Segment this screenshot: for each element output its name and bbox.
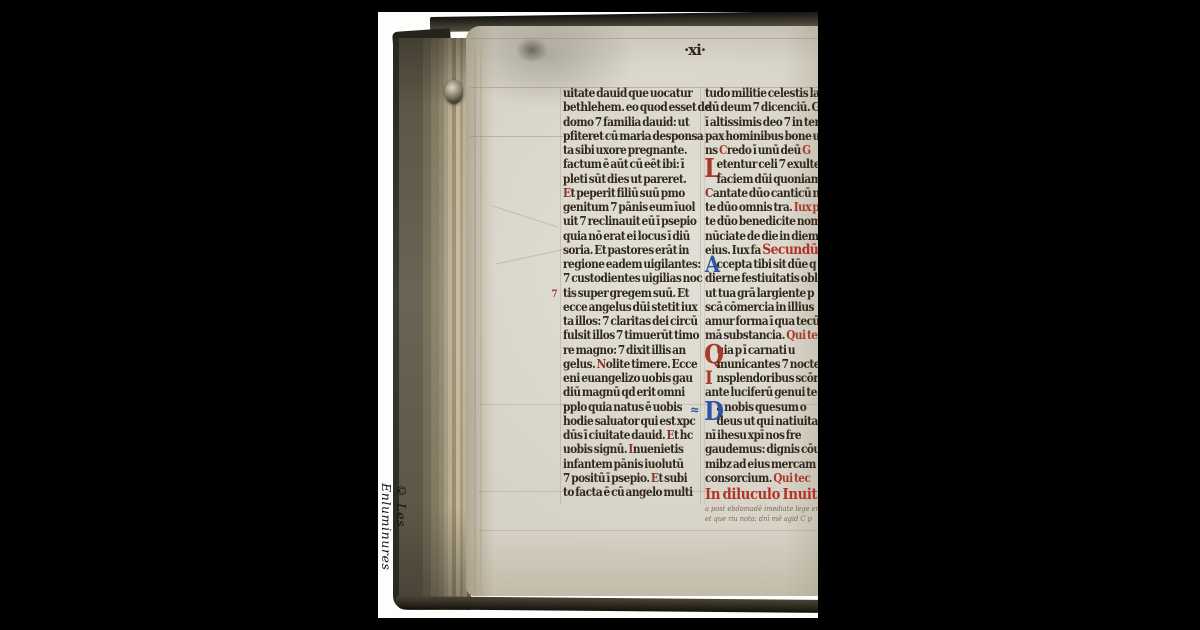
body-text: tis super gregem suū. Et bbox=[563, 286, 689, 300]
body-text: factum ē aūt cū eēt ibi: ī bbox=[563, 157, 684, 171]
text-line: ut tua grā largiente p bbox=[705, 287, 818, 301]
body-text: t peperit filiū suū pmo bbox=[571, 186, 685, 200]
text-line: genitum 7 pānis eum īuol bbox=[563, 201, 711, 215]
text-line: pax hominibus bone uo bbox=[705, 130, 818, 144]
body-text: re magno: 7 dixit illis an bbox=[563, 343, 686, 357]
text-line: pfiteret cū maria desponsa bbox=[563, 130, 711, 144]
body-text: gelus. bbox=[563, 357, 597, 371]
right-column: tudo militie celestis laudū deum 7 dicen… bbox=[705, 87, 818, 523]
parchment-wrinkle bbox=[492, 205, 559, 228]
body-text: quia nō erat ei locus ī diū bbox=[563, 229, 690, 243]
text-line: uitate dauid que uocatur bbox=[563, 87, 711, 101]
text-line: ta illos: 7 claritas dei circū bbox=[563, 315, 711, 329]
text-line: ns Credo ī unū deū G bbox=[705, 144, 818, 158]
text-line: diū magnū qd erit omni bbox=[563, 386, 711, 400]
text-line: nī ihesu xpī nos fre bbox=[705, 429, 818, 443]
body-text: dūs ī ciuitate dauid. bbox=[563, 428, 666, 442]
text-line: soria. Et pastores erāt in bbox=[563, 244, 711, 258]
body-text: dū deum 7 dicenciū. Gl bbox=[705, 100, 818, 114]
text-line: hodie saluator qui est xpc bbox=[563, 415, 711, 429]
body-text: genitum 7 pānis eum īuol bbox=[563, 200, 695, 214]
body-text: gaudemus: dignis cōu bbox=[705, 442, 818, 456]
text-line: te dūo omnis tra. Iux ps bbox=[705, 201, 818, 215]
body-text: t hc bbox=[674, 428, 693, 442]
body-text: tudo militie celestis lau bbox=[705, 86, 818, 100]
body-text: Qui tec bbox=[773, 471, 810, 485]
body-text: fulsit illos 7 timuerūt timo bbox=[563, 328, 699, 342]
text-line: gaudemus: dignis cōu bbox=[705, 443, 818, 457]
text-line: gelus. Nolite timere. Ecce bbox=[563, 358, 711, 372]
body-text: scā cōmercia in illius bbox=[705, 300, 814, 314]
body-text: etentur celi 7 exultet a bbox=[716, 157, 818, 171]
text-line: dierne festiuitatis obla bbox=[705, 272, 818, 286]
body-text: pax hominibus bone uo bbox=[705, 129, 818, 143]
leaf-edge bbox=[474, 46, 476, 594]
body-text: G bbox=[802, 143, 810, 157]
body-text: ecce angelus dūi stetit iux bbox=[563, 300, 697, 314]
text-line: uobis signū. Inuenietis bbox=[563, 443, 711, 457]
body-text: ta illos: 7 claritas dei circū bbox=[563, 314, 697, 328]
text-line: 7 positū ī psepio. Et subi bbox=[563, 472, 711, 486]
body-text: olite timere. Ecce bbox=[606, 357, 697, 371]
text-line: mibz ad eius mercam bbox=[705, 458, 818, 472]
body-text: bethlehem. eo quod esset de bbox=[563, 100, 711, 114]
text-line: 7 custodientes uigilias noc bbox=[563, 272, 711, 286]
text-line: quia nō erat ei locus ī diū bbox=[563, 230, 711, 244]
body-text: consorcium. bbox=[705, 471, 773, 485]
body-text: pleti sūt dies ut pareret. bbox=[563, 172, 686, 186]
body-text: 7 bbox=[552, 288, 558, 301]
text-line: re magno: 7 dixit illis an bbox=[563, 344, 711, 358]
body-text: ccepta tibi sit dūe q bbox=[716, 257, 816, 271]
text-line: scā cōmercia in illius bbox=[705, 301, 818, 315]
text-line: regione eadem uigilantes: bbox=[563, 258, 711, 272]
body-text: E bbox=[563, 186, 571, 200]
text-line: Letentur celi 7 exultet a bbox=[705, 158, 818, 172]
body-text: t subi bbox=[658, 471, 687, 485]
body-text: redo ī unū deū bbox=[727, 143, 802, 157]
gloss-text: a post ebdomadē imediate lege ero bbox=[705, 504, 818, 513]
left-column: uitate dauid que uocaturbethlehem. eo qu… bbox=[563, 87, 711, 500]
body-text: uitate dauid que uocatur bbox=[563, 86, 692, 100]
text-line: factum ē aūt cū eēt ibi: ī bbox=[563, 158, 711, 172]
body-text: E bbox=[666, 428, 674, 442]
body-text: uobis signū. bbox=[563, 442, 628, 456]
body-text: 7 custodientes uigilias noc bbox=[563, 271, 702, 285]
body-text: nuenietis bbox=[633, 442, 684, 456]
text-line: 7tis super gregem suū. Et bbox=[563, 287, 711, 301]
body-text: te dūo omnis tra. bbox=[705, 200, 794, 214]
body-text: C bbox=[719, 143, 727, 157]
text-line: tudo militie celestis lau bbox=[705, 87, 818, 101]
body-text: Iux ps bbox=[794, 200, 818, 214]
text-line: Quia p ī carnati u bbox=[705, 344, 818, 358]
body-text: amur forma ī qua tecū bbox=[705, 314, 818, 328]
body-text: hodie saluator qui est xpc bbox=[563, 414, 695, 428]
body-text: uit 7 reclinauit eū ī psepio bbox=[563, 214, 696, 228]
text-line: uit 7 reclinauit eū ī psepio bbox=[563, 215, 711, 229]
binding-boss-stud bbox=[445, 80, 463, 104]
body-text: 7 positū ī psepio. bbox=[563, 471, 651, 485]
text-line: ta sibi uxore pregnante. bbox=[563, 144, 711, 158]
body-text: municantes 7 nocte bbox=[716, 357, 818, 371]
body-text: soria. Et pastores erāt in bbox=[563, 243, 689, 257]
body-text: te dūo benedicite nomī eiu bbox=[705, 214, 818, 228]
body-text: deus ut qui natiuitate bbox=[716, 414, 818, 428]
text-line: dū deum 7 dicenciū. Gl bbox=[705, 101, 818, 115]
text-line: Da nobis quesum o≈ bbox=[705, 401, 818, 415]
text-line: pplo quia natus ē uobis bbox=[563, 401, 711, 415]
text-line: municantes 7 nocte C bbox=[705, 358, 818, 372]
text-line: eius. Iux fa Secundū bbox=[705, 244, 818, 258]
body-text: pfiteret cū maria desponsa bbox=[563, 129, 703, 143]
body-text: ī altissimis deo 7 in ter bbox=[705, 115, 818, 129]
text-line: amur forma ī qua tecū bbox=[705, 315, 818, 329]
body-text: nūciate de die in diem sal bbox=[705, 229, 818, 243]
body-text: dierne festiuitatis obla bbox=[705, 271, 818, 285]
body-text: mibz ad eius mercam bbox=[705, 457, 816, 471]
parchment-wrinkle bbox=[497, 249, 566, 265]
text-line: ecce angelus dūi stetit iux bbox=[563, 301, 711, 315]
body-text: diū magnū qd erit omni bbox=[563, 385, 685, 399]
red-rubric: In diluculo Inuitatoriū bbox=[705, 485, 818, 503]
body-text: eni euangelizo uobis gau bbox=[563, 371, 693, 385]
body-text: to facta ē cū angelo multi bbox=[563, 485, 693, 499]
body-text: pplo quia natus ē uobis bbox=[563, 400, 682, 414]
body-text: a nobis quesum o bbox=[716, 400, 806, 414]
body-text: faciem dūi quoniam uenit bbox=[716, 172, 818, 186]
blue-initial: ≈ bbox=[690, 404, 699, 417]
body-text: C bbox=[705, 186, 713, 200]
body-text: uia p ī carnati u bbox=[716, 343, 795, 357]
text-line: a post ebdomadē imediate lege ero bbox=[705, 503, 818, 513]
body-text: infantem pānis iuolutū bbox=[563, 457, 684, 471]
book-bottom-edge bbox=[396, 596, 818, 613]
body-text: regione eadem uigilantes: bbox=[563, 257, 701, 271]
text-line: ī altissimis deo 7 in ter bbox=[705, 116, 818, 130]
text-line: Insplendoribus scōr ex bbox=[705, 372, 818, 386]
body-text: Qui te bbox=[786, 328, 817, 342]
leaf-edge bbox=[480, 46, 482, 594]
text-line: consorcium. Qui tec bbox=[705, 472, 818, 486]
text-line: Cantate dūo canticū nouū bbox=[705, 187, 818, 201]
ruling-line bbox=[470, 38, 818, 39]
body-text: ut tua grā largiente p bbox=[705, 286, 814, 300]
body-text: domo 7 familia dauid: ut bbox=[563, 115, 689, 129]
text-line: Et peperit filiū suū pmo bbox=[563, 187, 711, 201]
text-line: et que riu nota: dnī mē agid C p bbox=[705, 513, 818, 523]
text-line: eni euangelizo uobis gau bbox=[563, 372, 711, 386]
text-line: faciem dūi quoniam uenit bbox=[705, 173, 818, 187]
text-line: te dūo benedicite nomī eiu bbox=[705, 215, 818, 229]
canvas-background: ·xi· uitate dauid que uocaturbethlehem. … bbox=[0, 0, 1200, 630]
text-line: to facta ē cū angelo multi bbox=[563, 486, 711, 500]
text-line: Accepta tibi sit dūe q bbox=[705, 258, 818, 272]
text-line: In diluculo Inuitatoriū bbox=[705, 486, 818, 503]
body-text: nī ihesu xpī nos fre bbox=[705, 428, 801, 442]
text-line: deus ut qui natiuitate bbox=[705, 415, 818, 429]
ruling-line bbox=[560, 87, 561, 504]
folio-number: ·xi· bbox=[684, 41, 705, 59]
body-text: N bbox=[597, 357, 606, 371]
watermark: © Les Enluminures bbox=[379, 483, 409, 618]
gloss-text: et que riu nota: dnī mē agid C p bbox=[705, 514, 812, 523]
text-line: domo 7 familia dauid: ut bbox=[563, 116, 711, 130]
text-line: bethlehem. eo quod esset de bbox=[563, 101, 711, 115]
body-text: ta sibi uxore pregnante. bbox=[563, 143, 687, 157]
text-line: dūs ī ciuitate dauid. Et hc bbox=[563, 429, 711, 443]
body-text: Secundū bbox=[762, 242, 818, 258]
text-line: pleti sūt dies ut pareret. bbox=[563, 173, 711, 187]
text-line: infantem pānis iuolutū bbox=[563, 458, 711, 472]
body-text: antate dūo canticū nouū bbox=[713, 186, 818, 200]
text-line: fulsit illos 7 timuerūt timo bbox=[563, 329, 711, 343]
ruling-line bbox=[478, 530, 818, 531]
body-text: nsplendoribus scōr ex bbox=[716, 371, 818, 385]
manuscript-photo: ·xi· uitate dauid que uocaturbethlehem. … bbox=[378, 12, 818, 618]
